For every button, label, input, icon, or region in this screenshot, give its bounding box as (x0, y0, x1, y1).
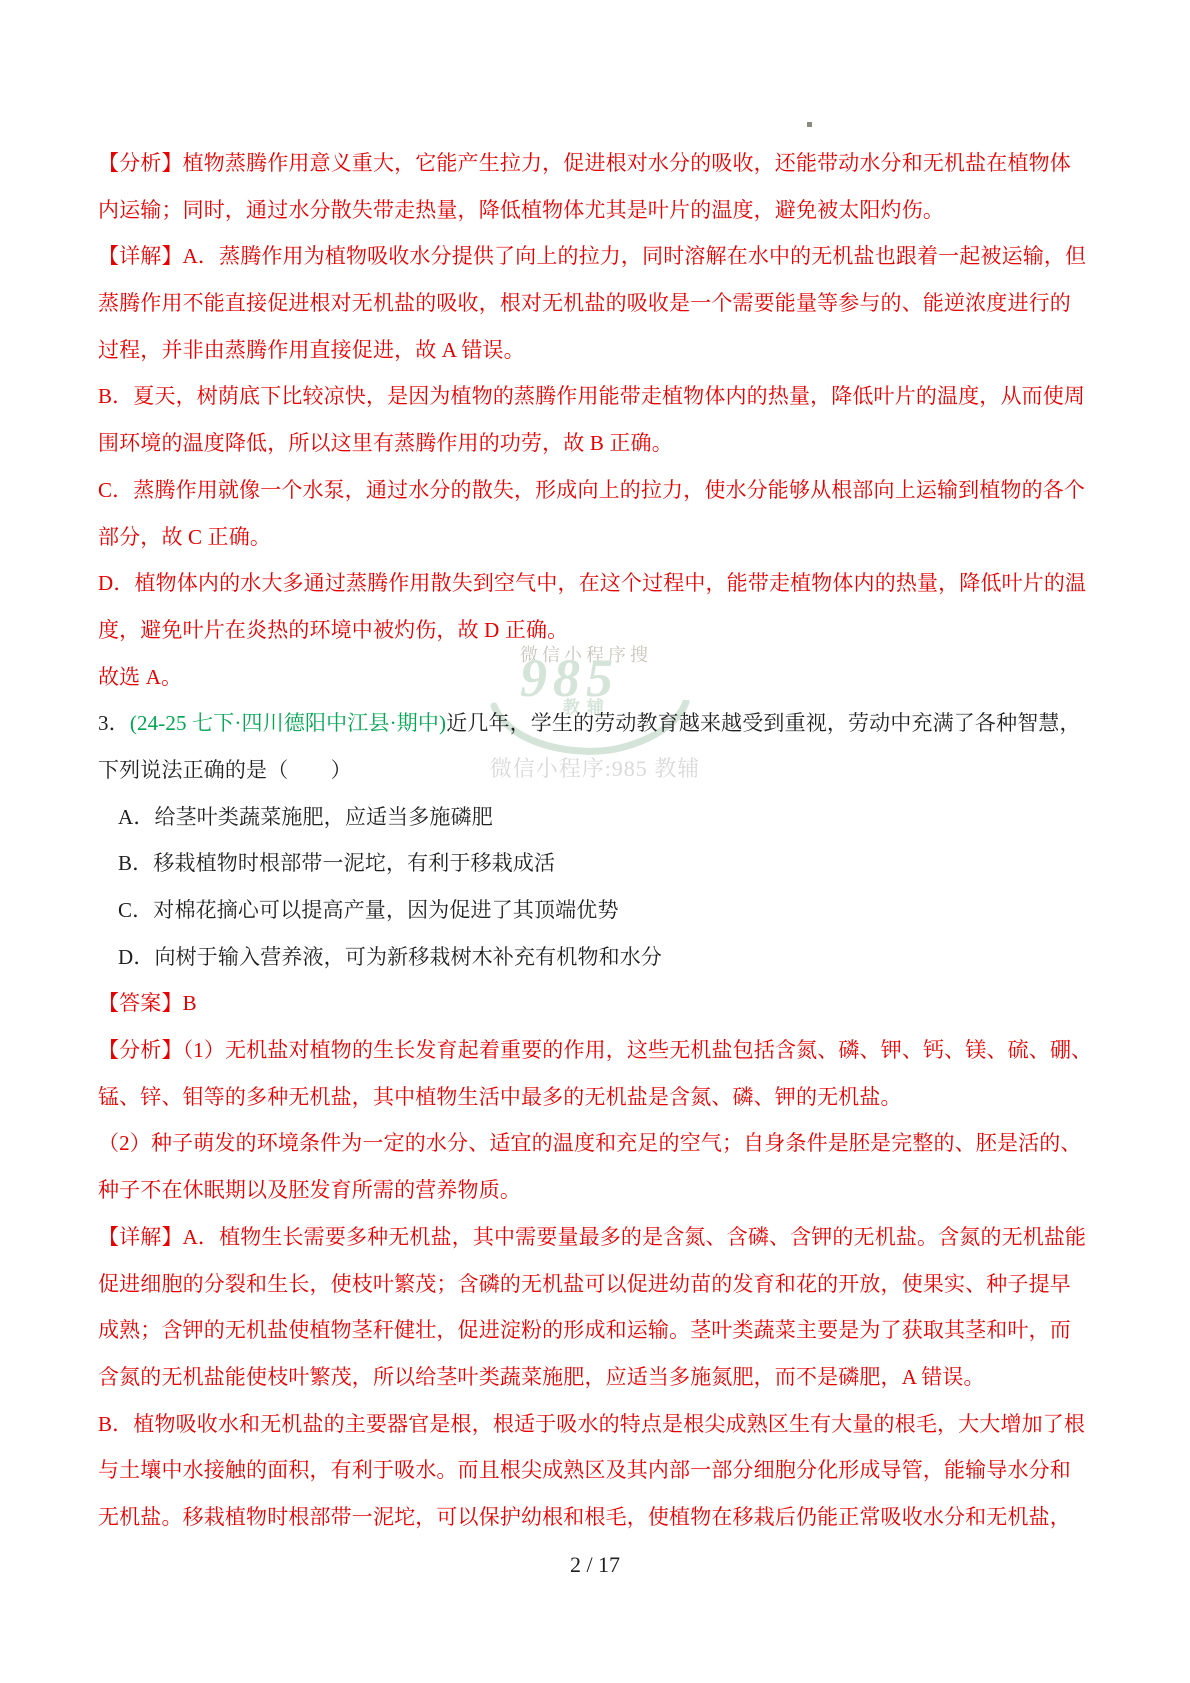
text-segment: C．对棉花摘心可以提高产量，因为促进了其顶端优势 (118, 898, 619, 922)
text-segment: 成熟；含钾的无机盐使植物茎秆健壮，促进淀粉的形成和运输。茎叶类蔬菜主要是为了获取… (98, 1318, 1071, 1342)
text-segment: B．移栽植物时根部带一泥坨，有利于移栽成活 (118, 851, 555, 875)
text-segment: 种子不在休眠期以及胚发育所需的营养物质。 (98, 1178, 521, 1202)
text-line: 部分，故 C 正确。 (98, 514, 1094, 561)
page-number: 2 / 17 (0, 1552, 1190, 1578)
text-line: 内运输；同时，通过水分散失带走热量，降低植物体尤其是叶片的温度，避免被太阳灼伤。 (98, 187, 1094, 234)
text-segment: D．向树于输入营养液，可为新移栽树木补充有机物和水分 (118, 945, 662, 969)
text-segment: B．夏天，树荫底下比较凉快，是因为植物的蒸腾作用能带走植物体内的热量，降低叶片的… (98, 384, 1085, 408)
text-line: 【答案】B (98, 980, 1094, 1027)
text-line: B．移栽植物时根部带一泥坨，有利于移栽成活 (98, 840, 1094, 887)
text-line: 蒸腾作用不能直接促进根对无机盐的吸收，根对无机盐的吸收是一个需要能量等参与的、能… (98, 280, 1094, 327)
text-segment: (24-25 七下·四川德阳中江县·期中) (130, 711, 446, 735)
text-line: 度，避免叶片在炎热的环境中被灼伤，故 D 正确。 (98, 607, 1094, 654)
text-segment: 与土壤中水接触的面积，有利于吸水。而且根尖成熟区及其内部一部分细胞分化形成导管，… (98, 1458, 1071, 1482)
text-segment: B．植物吸收水和无机盐的主要器官是根，根适于吸水的特点是根尖成熟区生有大量的根毛… (98, 1412, 1085, 1436)
text-segment: 过程，并非由蒸腾作用直接促进，故 A 错误。 (98, 338, 525, 362)
text-segment: 【详解】A．蒸腾作用为植物吸收水分提供了向上的拉力，同时溶解在水中的无机盐也跟着… (98, 244, 1086, 268)
text-line: 与土壤中水接触的面积，有利于吸水。而且根尖成熟区及其内部一部分细胞分化形成导管，… (98, 1447, 1094, 1494)
text-segment: 含氮的无机盐能使枝叶繁茂，所以给茎叶类蔬菜施肥，应适当多施氮肥，而不是磷肥，A … (98, 1365, 985, 1389)
text-segment: 蒸腾作用不能直接促进根对无机盐的吸收，根对无机盐的吸收是一个需要能量等参与的、能… (98, 291, 1071, 315)
text-line: C．蒸腾作用就像一个水泵，通过水分的散失，形成向上的拉力，使水分能够从根部向上运… (98, 467, 1094, 514)
text-segment: 促进细胞的分裂和生长，使枝叶繁茂；含磷的无机盐可以促进幼苗的发育和花的开放，使果… (98, 1272, 1071, 1296)
text-segment: （2）种子萌发的环境条件为一定的水分、适宜的温度和充足的空气；自身条件是胚是完整… (98, 1131, 1082, 1155)
text-segment: 近几年，学生的劳动教育越来越受到重视，劳动中充满了各种智慧， (446, 711, 1081, 735)
text-line: C．对棉花摘心可以提高产量，因为促进了其顶端优势 (98, 887, 1094, 934)
text-line: 锰、锌、钼等的多种无机盐，其中植物生活中最多的无机盐是含氮、磷、钾的无机盐。 (98, 1074, 1094, 1121)
text-segment: D．植物体内的水大多通过蒸腾作用散失到空气中，在这个过程中，能带走植物体内的热量… (98, 571, 1086, 595)
text-line: 【分析】（1）无机盐对植物的生长发育起着重要的作用，这些无机盐包括含氮、磷、钾、… (98, 1027, 1094, 1074)
text-segment: 【分析】植物蒸腾作用意义重大，它能产生拉力，促进根对水分的吸收，还能带动水分和无… (98, 151, 1071, 175)
text-segment: 内运输；同时，通过水分散失带走热量，降低植物体尤其是叶片的温度，避免被太阳灼伤。 (98, 198, 944, 222)
text-line: D．向树于输入营养液，可为新移栽树木补充有机物和水分 (98, 934, 1094, 981)
text-line: 成熟；含钾的无机盐使植物茎秆健壮，促进淀粉的形成和运输。茎叶类蔬菜主要是为了获取… (98, 1307, 1094, 1354)
text-line: D．植物体内的水大多通过蒸腾作用散失到空气中，在这个过程中，能带走植物体内的热量… (98, 560, 1094, 607)
text-line: 【分析】植物蒸腾作用意义重大，它能产生拉力，促进根对水分的吸收，还能带动水分和无… (98, 140, 1094, 187)
text-line: 围环境的温度降低，所以这里有蒸腾作用的功劳，故 B 正确。 (98, 420, 1094, 467)
text-line: A．给茎叶类蔬菜施肥，应适当多施磷肥 (98, 794, 1094, 841)
text-line: （2）种子萌发的环境条件为一定的水分、适宜的温度和充足的空气；自身条件是胚是完整… (98, 1120, 1094, 1167)
text-segment: A．给茎叶类蔬菜施肥，应适当多施磷肥 (118, 805, 493, 829)
text-segment: 围环境的温度降低，所以这里有蒸腾作用的功劳，故 B 正确。 (98, 431, 673, 455)
text-segment: 锰、锌、钼等的多种无机盐，其中植物生活中最多的无机盐是含氮、磷、钾的无机盐。 (98, 1085, 902, 1109)
text-line: 促进细胞的分裂和生长，使枝叶繁茂；含磷的无机盐可以促进幼苗的发育和花的开放，使果… (98, 1261, 1094, 1308)
text-line: B．夏天，树荫底下比较凉快，是因为植物的蒸腾作用能带走植物体内的热量，降低叶片的… (98, 373, 1094, 420)
text-segment: 【详解】A．植物生长需要多种无机盐，其中需要量最多的是含氮、含磷、含钾的无机盐。… (98, 1225, 1086, 1249)
document-page: 微信小程序搜 985 教辅 微信小程序:985 教辅 【分析】植物蒸腾作用意义重… (0, 0, 1190, 1683)
text-line: 下列说法正确的是（ ） (98, 747, 1094, 794)
text-segment: 【答案】B (98, 991, 197, 1015)
text-line: 3．(24-25 七下·四川德阳中江县·期中)近几年，学生的劳动教育越来越受到重… (98, 700, 1094, 747)
text-line: B．植物吸收水和无机盐的主要器官是根，根适于吸水的特点是根尖成熟区生有大量的根毛… (98, 1401, 1094, 1448)
text-line: 过程，并非由蒸腾作用直接促进，故 A 错误。 (98, 327, 1094, 374)
text-segment: 故选 A。 (98, 665, 182, 689)
text-segment: 下列说法正确的是（ ） (98, 758, 352, 782)
text-segment: 部分，故 C 正确。 (98, 525, 271, 549)
text-line: 【详解】A．蒸腾作用为植物吸收水分提供了向上的拉力，同时溶解在水中的无机盐也跟着… (98, 233, 1094, 280)
answer-content: 【分析】植物蒸腾作用意义重大，它能产生拉力，促进根对水分的吸收，还能带动水分和无… (98, 140, 1094, 1541)
text-segment: 无机盐。移栽植物时根部带一泥坨，可以保护幼根和根毛，使植物在移栽后仍能正常吸收水… (98, 1505, 1071, 1529)
text-line: 【详解】A．植物生长需要多种无机盐，其中需要量最多的是含氮、含磷、含钾的无机盐。… (98, 1214, 1094, 1261)
text-segment: 度，避免叶片在炎热的环境中被灼伤，故 D 正确。 (98, 618, 568, 642)
text-segment: 【分析】（1）无机盐对植物的生长发育起着重要的作用，这些无机盐包括含氮、磷、钾、… (98, 1038, 1092, 1062)
text-line: 无机盐。移栽植物时根部带一泥坨，可以保护幼根和根毛，使植物在移栽后仍能正常吸收水… (98, 1494, 1094, 1541)
text-segment: 3． (98, 711, 130, 735)
text-line: 含氮的无机盐能使枝叶繁茂，所以给茎叶类蔬菜施肥，应适当多施氮肥，而不是磷肥，A … (98, 1354, 1094, 1401)
speck-artifact (807, 122, 812, 127)
text-line: 种子不在休眠期以及胚发育所需的营养物质。 (98, 1167, 1094, 1214)
text-segment: C．蒸腾作用就像一个水泵，通过水分的散失，形成向上的拉力，使水分能够从根部向上运… (98, 478, 1085, 502)
text-line: 故选 A。 (98, 654, 1094, 701)
